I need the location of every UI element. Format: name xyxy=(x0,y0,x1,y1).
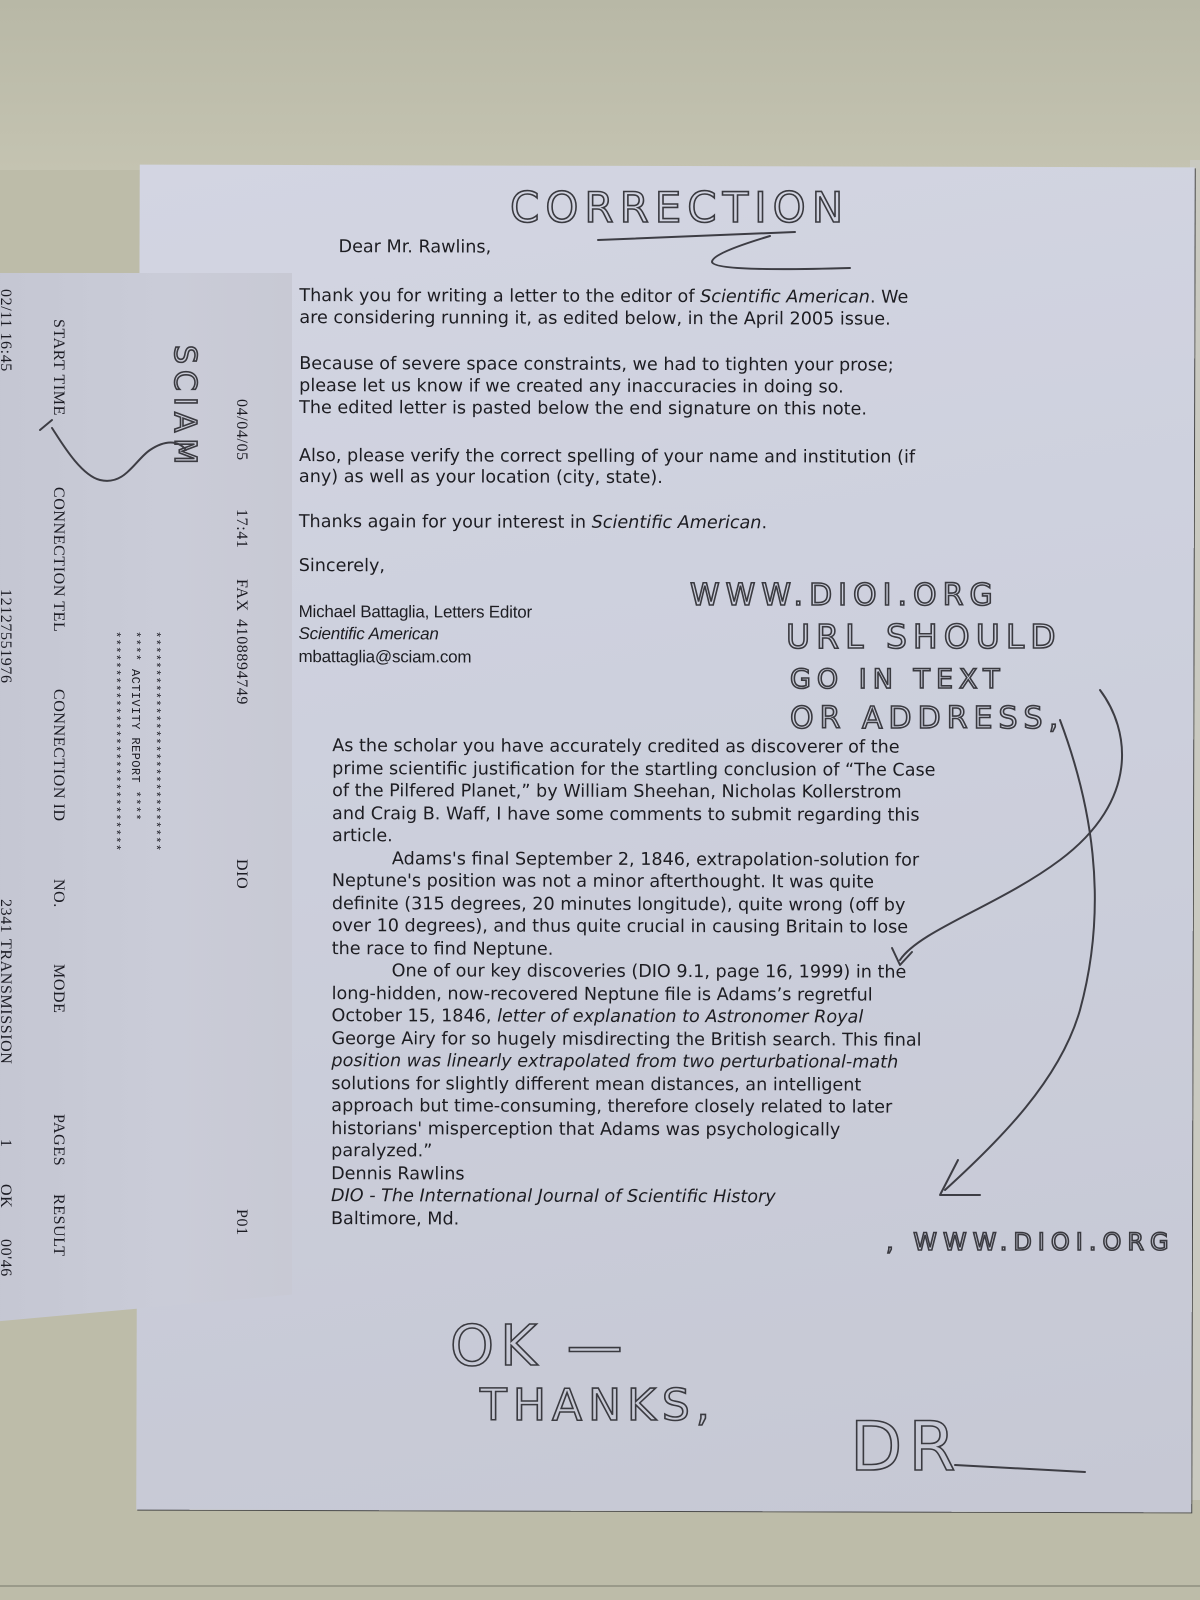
editor-publication: Scientific American xyxy=(299,623,439,644)
verify-line-2: any) as well as your location (city, sta… xyxy=(299,467,663,489)
wall-background xyxy=(0,0,1200,170)
fax-banner-bottom: ***************************** xyxy=(108,631,122,851)
col-pages: PAGES xyxy=(49,1114,67,1166)
fax-header-number: 4108894749 xyxy=(232,619,250,705)
constraints-line-1: Because of severe space constraints, we … xyxy=(299,354,894,377)
editor-email[interactable]: mbattaglia@sciam.com xyxy=(298,646,471,667)
intro-line-2: are considering running it, as edited be… xyxy=(299,308,890,331)
verify-line-1: Also, please verify the correct spelling… xyxy=(299,446,915,469)
baseboard-line xyxy=(0,1585,1200,1587)
fax-header-date: 04/04/05 xyxy=(232,399,250,461)
author-location: Baltimore, Md. xyxy=(331,1208,934,1232)
fax-report-content: 04/04/05 17:41 FAX 4108894749 DIO P01 **… xyxy=(0,279,272,1319)
fax-banner-title: **** ACTIVITY REPORT **** xyxy=(128,631,142,821)
fax-header-time: 17:41 xyxy=(232,509,250,548)
edited-letter: As the scholar you have accurately credi… xyxy=(331,735,936,1232)
col-mode: MODE xyxy=(49,964,67,1014)
col-connection-id: CONNECTION ID xyxy=(49,689,67,822)
thanks-line: Thanks again for your interest in Scient… xyxy=(299,512,767,534)
fax-header-label: FAX xyxy=(232,579,250,612)
fax-header-sender: DIO xyxy=(232,859,250,889)
intro-line-1: Thank you for writing a letter to the ed… xyxy=(299,286,908,309)
fax-header-page: P01 xyxy=(232,1209,250,1236)
col-result: RESULT xyxy=(49,1194,67,1257)
fax-banner-top: ***************************** xyxy=(148,631,162,851)
journal-name: DIO - The International Journal of Scien… xyxy=(331,1185,934,1209)
fax-activity-report: 04/04/05 17:41 FAX 4108894749 DIO P01 **… xyxy=(0,273,295,1325)
author-name: Dennis Rawlins xyxy=(331,1163,934,1187)
col-start-time: START TIME xyxy=(49,319,67,416)
constraints-line-3: The edited letter is pasted below the en… xyxy=(299,398,867,420)
editor-name: Michael Battaglia, Letters Editor xyxy=(299,601,532,623)
salutation: Dear Mr. Rawlins, xyxy=(339,237,492,258)
letter-page: Dear Mr. Rawlins, Thank you for writing … xyxy=(136,165,1195,1513)
fax-report-sheet: 04/04/05 17:41 FAX 4108894749 DIO P01 **… xyxy=(0,273,292,1323)
col-connection-tel: CONNECTION TEL xyxy=(49,487,67,632)
closing: Sincerely, xyxy=(299,556,385,577)
col-no: NO. xyxy=(49,879,67,908)
constraints-line-2: please let us know if we created any ina… xyxy=(299,376,844,398)
